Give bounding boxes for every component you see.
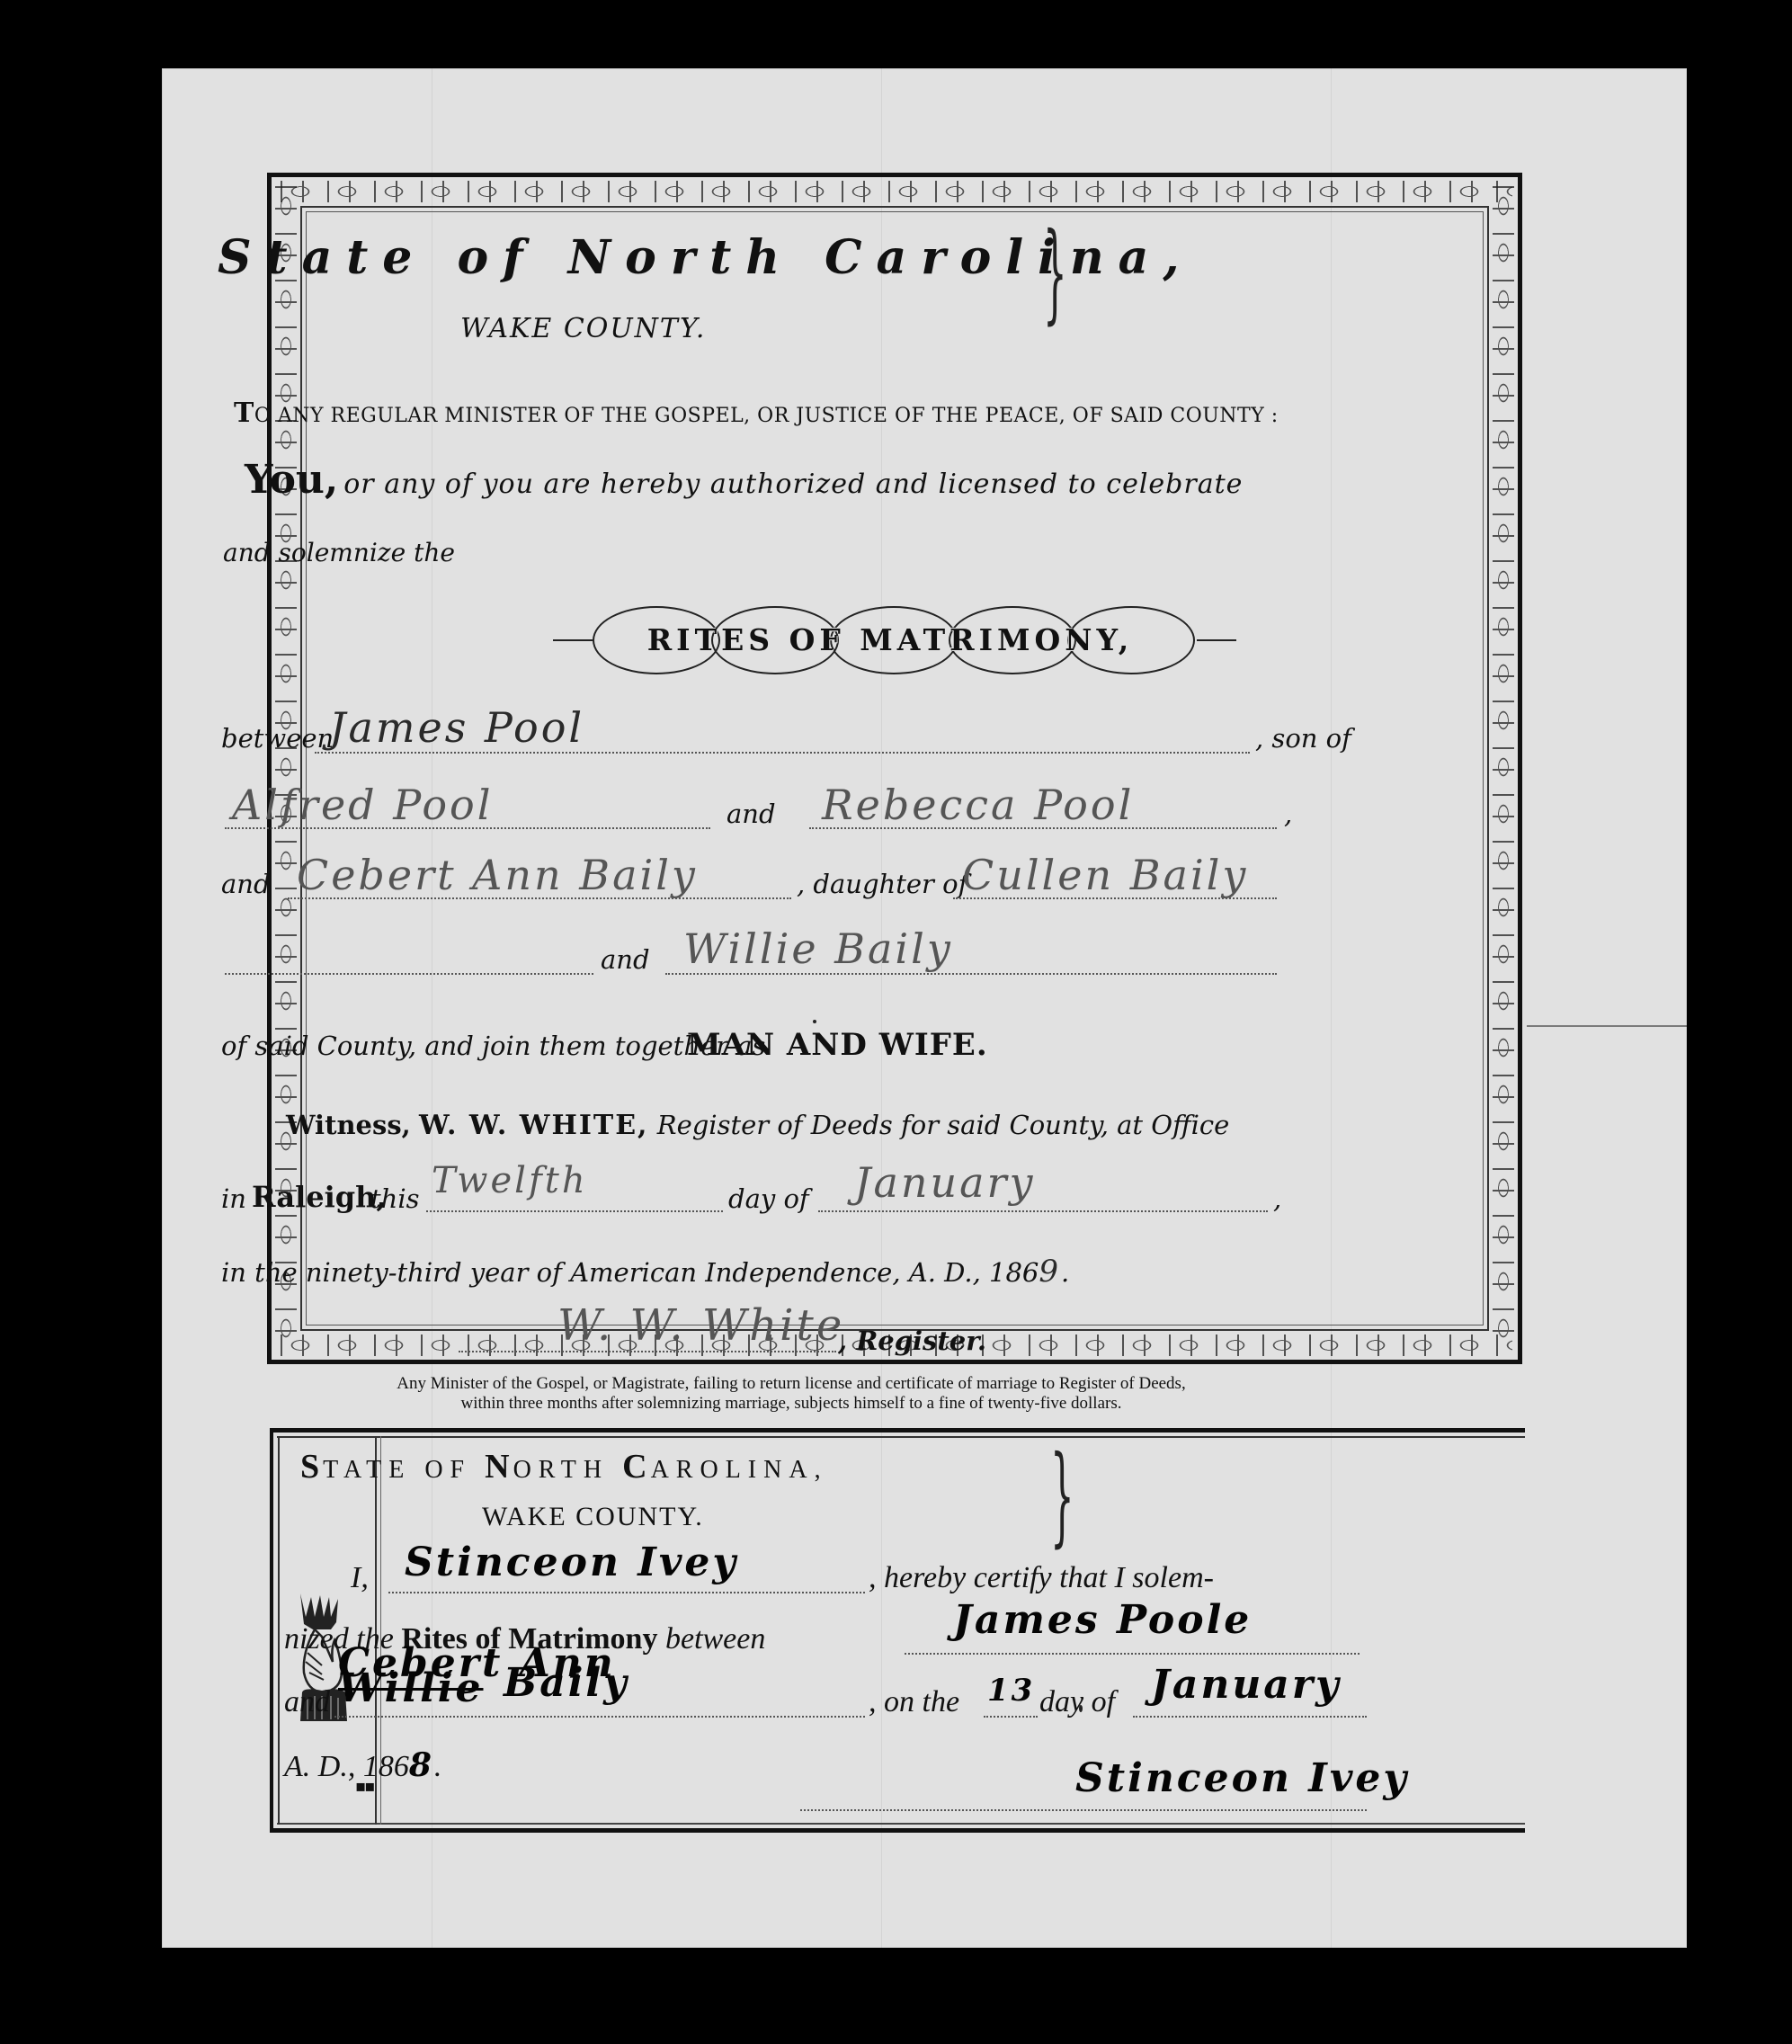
rule xyxy=(278,1436,280,1825)
rites-banner-text: RITES OF MATRIMONY, xyxy=(580,622,1200,657)
in-label: in xyxy=(221,1183,246,1214)
fold-crease xyxy=(1527,1025,1687,1027)
ornamental-border-right xyxy=(1493,183,1514,1354)
daughter-of-label: , daughter of xyxy=(797,869,967,899)
groom-father-name: Alfred Pool xyxy=(232,781,493,829)
between-label: between xyxy=(221,723,334,754)
ink-speck xyxy=(1079,1705,1083,1712)
between-text: between xyxy=(665,1622,765,1656)
title-initial-s: S xyxy=(300,1448,323,1486)
i-label: I, xyxy=(351,1561,369,1595)
rites-banner: RITES OF MATRIMONY, xyxy=(580,597,1200,683)
title-part: TATE OF xyxy=(323,1456,485,1484)
and-label: and xyxy=(221,869,271,899)
bride-struck-name: Willie xyxy=(338,1665,484,1711)
ornamental-border-left xyxy=(275,183,297,1354)
bride-father-name: Cullen Baily xyxy=(962,851,1248,899)
month-value: January xyxy=(1151,1662,1342,1708)
salutation-initial: T xyxy=(234,397,254,429)
and-label: and xyxy=(727,799,776,829)
year-digit: 9 xyxy=(1039,1254,1061,1290)
year-text: in the ninety-third year of American Ind… xyxy=(221,1257,1039,1288)
officiant-field xyxy=(388,1592,865,1593)
penalty-notice-line-2: within three months after solemnizing ma… xyxy=(252,1394,1331,1414)
bride-mother-field xyxy=(665,973,1277,975)
bride-surname: Baily xyxy=(504,1660,629,1706)
title-part: AROLINA, xyxy=(651,1456,828,1484)
title-part: ORTH xyxy=(513,1456,623,1484)
authorization-line-2: and solemnize the xyxy=(223,538,455,567)
blank-field xyxy=(225,973,593,975)
day-of-label: day of xyxy=(1039,1685,1115,1719)
rule xyxy=(270,1428,1525,1433)
register-signature: W. W. White xyxy=(557,1300,844,1351)
officiant-signature-field xyxy=(800,1809,1367,1811)
brace-icon: } xyxy=(1043,210,1067,335)
authorization-lead: You, xyxy=(245,457,338,503)
period: . xyxy=(1061,1257,1069,1288)
certificate-county: WAKE COUNTY. xyxy=(482,1502,704,1532)
comma: , xyxy=(1284,799,1292,829)
comma: , xyxy=(1273,1183,1281,1214)
bride-mother-name: Willie Baily xyxy=(683,924,953,973)
salutation-text: O ANY REGULAR MINISTER OF THE GOSPEL, OR… xyxy=(254,405,1279,427)
groom-name-field xyxy=(315,752,1250,754)
join-text: of said County, and join them together a… xyxy=(221,1031,765,1061)
groom-field xyxy=(905,1653,1360,1655)
city: Raleigh, xyxy=(252,1180,387,1214)
ornamental-border-top xyxy=(277,181,1512,202)
officiant-signature: Stinceon Ivey xyxy=(1075,1755,1409,1801)
certify-text: , hereby certify that I solem- xyxy=(869,1561,1214,1595)
banner-flourish-right xyxy=(1197,639,1236,641)
son-of-label: , son of xyxy=(1255,723,1351,754)
year-line: in the ninety-third year of American Ind… xyxy=(221,1254,1069,1290)
witness-rest: Register of Deeds for said County, at Of… xyxy=(657,1110,1230,1140)
authorization-rest: or any of you are hereby authorized and … xyxy=(343,469,1243,500)
bride-name: Cebert Ann Baily xyxy=(297,851,698,899)
day-field xyxy=(426,1210,723,1212)
register-label: , Register. xyxy=(838,1325,986,1356)
rule xyxy=(277,1823,1525,1825)
period: . xyxy=(434,1750,442,1783)
and-label: and xyxy=(601,944,650,975)
on-the-label: , on the xyxy=(869,1685,959,1719)
authorization-line: You,or any of you are hereby authorized … xyxy=(245,457,1243,503)
groom-name: James Poole xyxy=(953,1597,1252,1643)
witness-line: Witness, W. W. WHITE, Register of Deeds … xyxy=(286,1110,1229,1141)
day-of-label: day of xyxy=(728,1183,809,1214)
day-value: 13 xyxy=(987,1673,1035,1709)
rule xyxy=(277,1436,1525,1438)
this-label: this xyxy=(370,1183,420,1214)
rule xyxy=(270,1428,273,1833)
rule xyxy=(270,1828,1525,1833)
ink-speck xyxy=(813,1020,816,1023)
title-initial-c: C xyxy=(622,1448,650,1486)
signature-field xyxy=(459,1351,836,1352)
brace-icon: } xyxy=(1050,1433,1074,1558)
city-name: Raleigh, xyxy=(252,1180,387,1214)
salutation: TO ANY REGULAR MINISTER OF THE GOSPEL, O… xyxy=(234,397,1279,429)
penalty-notice: Any Minister of the Gospel, or Magistrat… xyxy=(252,1374,1331,1414)
day-value: Twelfth xyxy=(432,1160,588,1201)
day-field xyxy=(984,1716,1038,1718)
document-page: State of North Carolina, } WAKE COUNTY. … xyxy=(162,68,1687,1948)
groom-name: James Pool xyxy=(329,703,584,752)
groom-mother-name: Rebecca Pool xyxy=(822,781,1134,829)
penalty-notice-line-1: Any Minister of the Gospel, or Magistrat… xyxy=(252,1374,1331,1394)
month-field xyxy=(818,1210,1268,1212)
man-and-wife: MAN AND WIFE. xyxy=(687,1027,988,1063)
bride-field xyxy=(334,1716,865,1718)
license-county: WAKE COUNTY. xyxy=(460,313,706,344)
officiant-name: Stinceon Ivey xyxy=(405,1540,738,1585)
register-name: W. W. WHITE, xyxy=(419,1110,649,1141)
month-field xyxy=(1133,1716,1367,1718)
year-line: A. D., 1868. xyxy=(284,1746,441,1784)
certificate-state-title: STATE OF NORTH CAROLINA, xyxy=(300,1447,828,1486)
month-value: January xyxy=(854,1158,1036,1207)
year-digit: 8 xyxy=(409,1746,434,1784)
title-initial-n: N xyxy=(485,1448,513,1486)
ad-label: A. D., 186 xyxy=(284,1750,409,1783)
witness-lead: Witness, xyxy=(286,1110,411,1140)
and-label: and xyxy=(284,1685,330,1719)
